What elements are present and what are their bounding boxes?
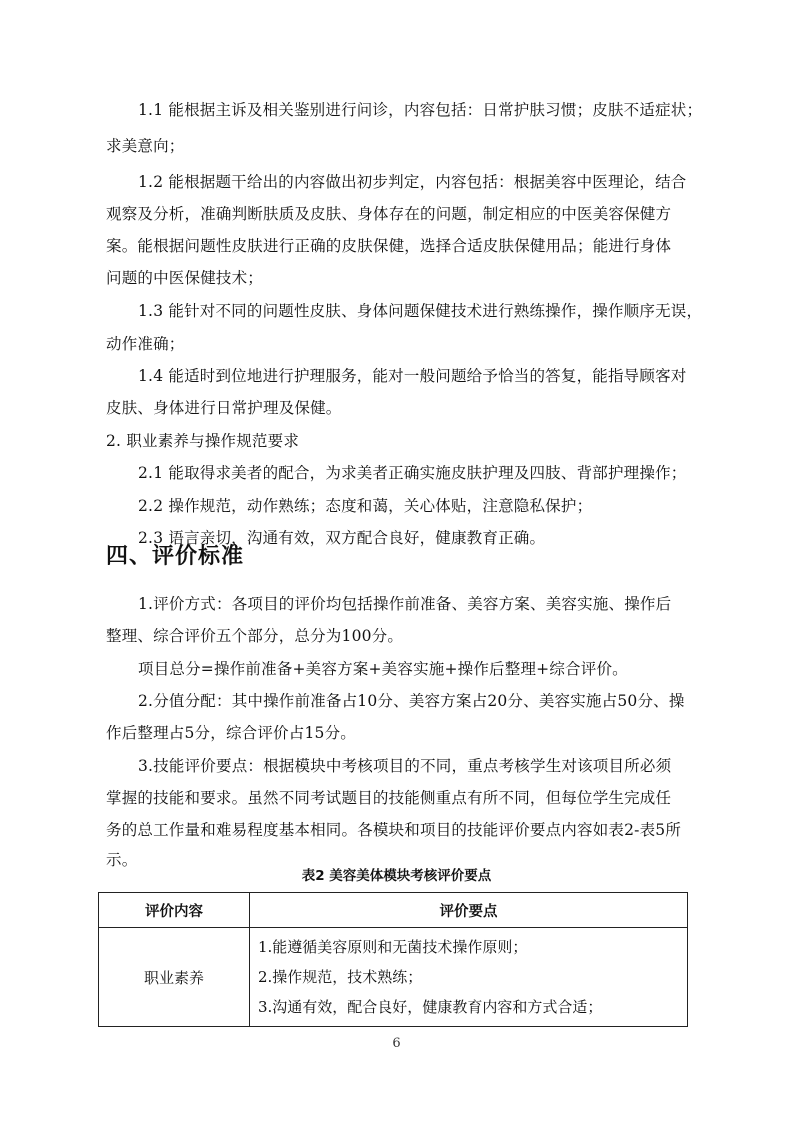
- points-cell: 1.能遵循美容原则和无菌技术操作原则； 2.操作规范，技术熟练； 3.沟通有效，…: [250, 928, 688, 1027]
- paragraph-line: 2.分值分配：其中操作前准备占10分、美容方案占20分、美容实施占50分、操: [138, 691, 720, 711]
- evaluation-table: 评价内容 评价要点 职业素养 1.能遵循美容原则和无菌技术操作原则； 2.操作规…: [98, 892, 688, 1027]
- paragraph-line: 观察及分析，准确判断肤质及皮肤、身体存在的问题，制定相应的中医美容保健方: [106, 204, 688, 224]
- paragraph-line: 1.2 能根据题干给出的内容做出初步判定，内容包括：根据美容中医理论，结合: [138, 172, 720, 192]
- paragraph-line: 1.4 能适时到位地进行护理服务，能对一般问题给予恰当的答复，能指导顾客对: [138, 366, 720, 386]
- paragraph-line: 1.1 能根据主诉及相关鉴别进行问诊，内容包括：日常护肤习惯；皮肤不适症状；: [138, 100, 720, 120]
- paragraph-line: 皮肤、身体进行日常护理及保健。: [106, 398, 688, 418]
- table-caption: 表2 美容美体模块考核评价要点: [0, 864, 793, 884]
- paragraph-line: 1.评价方式：各项目的评价均包括操作前准备、美容方案、美容实施、操作后: [138, 594, 720, 614]
- paragraph-line: 掌握的技能和要求。虽然不同考试题目的技能侧重点有所不同，但每位学生完成任: [106, 788, 688, 808]
- paragraph-line: 案。能根据问题性皮肤进行正确的皮肤保健，选择合适皮肤保健用品；能进行身体: [106, 236, 688, 256]
- paragraph-line: 问题的中医保健技术；: [106, 268, 688, 288]
- evaluation-point: 3.沟通有效，配合良好，健康教育内容和方式合适；: [258, 992, 679, 1022]
- table-row: 职业素养 1.能遵循美容原则和无菌技术操作原则； 2.操作规范，技术熟练； 3.…: [99, 928, 688, 1027]
- document-page: 1.1 能根据主诉及相关鉴别进行问诊，内容包括：日常护肤习惯；皮肤不适症状； 求…: [0, 0, 793, 1122]
- paragraph-line: 求美意向；: [106, 136, 688, 156]
- section-heading: 四、评价标准: [106, 543, 244, 571]
- paragraph-line: 项目总分=操作前准备+美容方案+美容实施+操作后整理+综合评价。: [138, 659, 720, 679]
- paragraph-line: 3.技能评价要点：根据模块中考核项目的不同，重点考核学生对该项目所必须: [138, 756, 720, 776]
- paragraph-line: 务的总工作量和难易程度基本相同。各模块和项目的技能评价要点内容如表2-表5所: [106, 820, 688, 840]
- evaluation-point: 2.操作规范，技术熟练；: [258, 962, 679, 992]
- paragraph-line: 动作准确；: [106, 334, 688, 354]
- category-cell: 职业素养: [99, 928, 250, 1027]
- paragraph-line: 作后整理占5分，综合评价占15分。: [106, 723, 688, 743]
- paragraph-line: 整理、综合评价五个部分，总分为100分。: [106, 626, 688, 646]
- table-header-row: 评价内容 评价要点: [99, 893, 688, 928]
- header-evaluation-points: 评价要点: [250, 893, 688, 928]
- evaluation-point: 1.能遵循美容原则和无菌技术操作原则；: [258, 932, 679, 962]
- paragraph-line: 2.1 能取得求美者的配合，为求美者正确实施皮肤护理及四肢、背部护理操作；: [138, 463, 720, 483]
- page-number: 6: [0, 1036, 793, 1051]
- paragraph-line: 2.2 操作规范，动作熟练；态度和蔼，关心体贴，注意隐私保护；: [138, 496, 720, 516]
- paragraph-line: 1.3 能针对不同的问题性皮肤、身体问题保健技术进行熟练操作，操作顺序无误，: [138, 301, 720, 321]
- subsection-title: 2. 职业素养与操作规范要求: [106, 431, 688, 451]
- header-evaluation-content: 评价内容: [99, 893, 250, 928]
